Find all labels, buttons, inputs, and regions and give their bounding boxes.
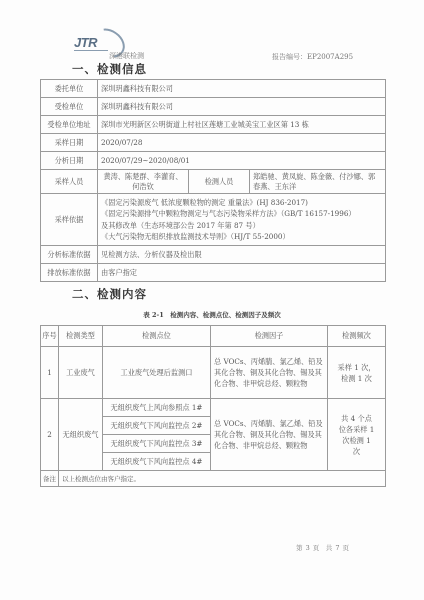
sampling-basis-label: 采样依据	[41, 194, 98, 246]
emission-basis-value: 由客户指定	[98, 264, 386, 282]
row-type: 工业废气	[59, 347, 103, 399]
col-header-type: 检测类型	[59, 326, 103, 347]
info-row-analysis-basis: 分析标准依据 见检测方法、分析仪器及检出限	[41, 246, 386, 264]
section2-title: 二、检测内容	[72, 286, 147, 302]
row-point: 工业废气处理后监测口	[103, 347, 211, 399]
info-row-sampling-date: 采样日期 2020/07/28	[41, 134, 386, 152]
remark-row: 备注 以上检测点位由客户指定。	[41, 471, 386, 487]
row-point: 无组织废气下风向监控点 4#	[103, 453, 211, 471]
info-label: 采样日期	[41, 134, 98, 152]
info-row-sampling-basis: 采样依据 《固定污染源废气 低浓度颗粒物的测定 重量法》(HJ 836-2017…	[41, 194, 386, 246]
col-header-points: 检测点位	[103, 326, 211, 347]
sampling-basis-value: 《固定污染源废气 低浓度颗粒物的测定 重量法》(HJ 836-2017) 《固定…	[98, 194, 386, 246]
col-header-factors: 检测因子	[211, 326, 328, 347]
row-no: 1	[41, 347, 59, 399]
info-value: 深圳玥鑫科技有限公司	[98, 80, 386, 98]
info-value: 2020/07/29~2020/08/01	[98, 152, 386, 170]
report-number-value: EP2007A295	[307, 53, 353, 61]
info-label: 受检单位	[41, 98, 98, 116]
sampling-basis-line: 《固定污染源废气 低浓度颗粒物的测定 重量法》(HJ 836-2017)	[101, 197, 382, 209]
company-name: 深港联检测	[109, 51, 144, 61]
sampling-basis-line: 《固定污染源排气中颗粒物测定与气态污染物采样方法》（GB/T 16157-199…	[101, 208, 382, 220]
row-frequency: 共 4 个点位各采样 1 次检测 1 次	[328, 399, 386, 471]
logo-underline	[74, 50, 108, 51]
table-header-row: 序号 检测类型 检测点位 检测因子 检测频次	[41, 326, 386, 347]
info-label: 受检单位地址	[41, 116, 98, 134]
info-label: 分析日期	[41, 152, 98, 170]
content-table: 序号 检测类型 检测点位 检测因子 检测频次 1 工业废气 工业废气处理后监测口…	[40, 325, 386, 487]
info-row-address: 受检单位地址 深圳市光明新区公明街道上村社区莲塘工业城美宝工业区第 13 栋	[41, 116, 386, 134]
info-value: 深圳玥鑫科技有限公司	[98, 98, 386, 116]
row-point: 无组织废气上风向参照点 1#	[103, 399, 211, 417]
info-row-client: 委托单位 深圳玥鑫科技有限公司	[41, 80, 386, 98]
remark-value: 以上检测点位由客户指定。	[59, 471, 386, 487]
info-label: 委托单位	[41, 80, 98, 98]
info-row-inspected: 受检单位 深圳玥鑫科技有限公司	[41, 98, 386, 116]
testing-staff-value: 郑皓驰、黄凤旋、陈金薇、付沙娜、郭春燕、王东洋	[250, 170, 386, 194]
info-table: 委托单位 深圳玥鑫科技有限公司 受检单位 深圳玥鑫科技有限公司 受检单位地址 深…	[40, 79, 386, 282]
jtr-logo: JTR	[70, 30, 130, 52]
row-point: 无组织废气下风向监控点 3#	[103, 435, 211, 453]
row-factors: 总 VOCs、丙烯腈、氯乙烯、铅及其化合物、铜及其化合物、锡及其化合物、非甲烷总…	[211, 347, 328, 399]
testing-staff-label: 检测人员	[189, 170, 250, 194]
table-row: 1 工业废气 工业废气处理后监测口 总 VOCs、丙烯腈、氯乙烯、铅及其化合物、…	[41, 347, 386, 399]
section1-title: 一、检测信息	[72, 61, 147, 77]
table-caption: 表 2-1 检测内容、检测点位、检测因子及频次	[0, 310, 424, 319]
sampling-basis-line: 及其修改单（生态环境部公告 2017 年第 87 号）	[101, 220, 382, 232]
info-value: 2020/07/28	[98, 134, 386, 152]
emission-basis-label: 排放标准依据	[41, 264, 98, 282]
sampling-staff-label: 采样人员	[41, 170, 98, 194]
report-number: 报告编号：EP2007A295	[272, 52, 353, 62]
table-row: 2 无组织废气 无组织废气上风向参照点 1# 总 VOCs、丙烯腈、氯乙烯、铅及…	[41, 399, 386, 417]
sampling-staff-value: 黄涛、陈楚群、李灌育、何浩钦	[98, 170, 189, 194]
analysis-basis-label: 分析标准依据	[41, 246, 98, 264]
info-value: 深圳市光明新区公明街道上村社区莲塘工业城美宝工业区第 13 栋	[98, 116, 386, 134]
analysis-basis-value: 见检测方法、分析仪器及检出限	[98, 246, 386, 264]
row-frequency: 采样 1 次，检测 1 次	[328, 347, 386, 399]
row-no: 2	[41, 399, 59, 471]
info-row-emission-basis: 排放标准依据 由客户指定	[41, 264, 386, 282]
page-number: 第 3 页 共 7 页	[296, 543, 349, 552]
remark-label: 备注	[41, 471, 59, 487]
col-header-frequency: 检测频次	[328, 326, 386, 347]
row-point: 无组织废气下风向监控点 2#	[103, 417, 211, 435]
row-type: 无组织废气	[59, 399, 103, 471]
info-row-personnel: 采样人员 黄涛、陈楚群、李灌育、何浩钦 检测人员 郑皓驰、黄凤旋、陈金薇、付沙娜…	[41, 170, 386, 194]
row-factors: 总 VOCs、丙烯腈、氯乙烯、铅及其化合物、铜及其化合物、锡及其化合物、非甲烷总…	[211, 399, 328, 471]
col-header-no: 序号	[41, 326, 59, 347]
report-number-label: 报告编号：	[272, 53, 307, 61]
info-row-analysis-date: 分析日期 2020/07/29~2020/08/01	[41, 152, 386, 170]
sampling-basis-line: 《大气污染物无组织排放监测技术导则》（HJ/T 55-2000）	[101, 231, 382, 243]
